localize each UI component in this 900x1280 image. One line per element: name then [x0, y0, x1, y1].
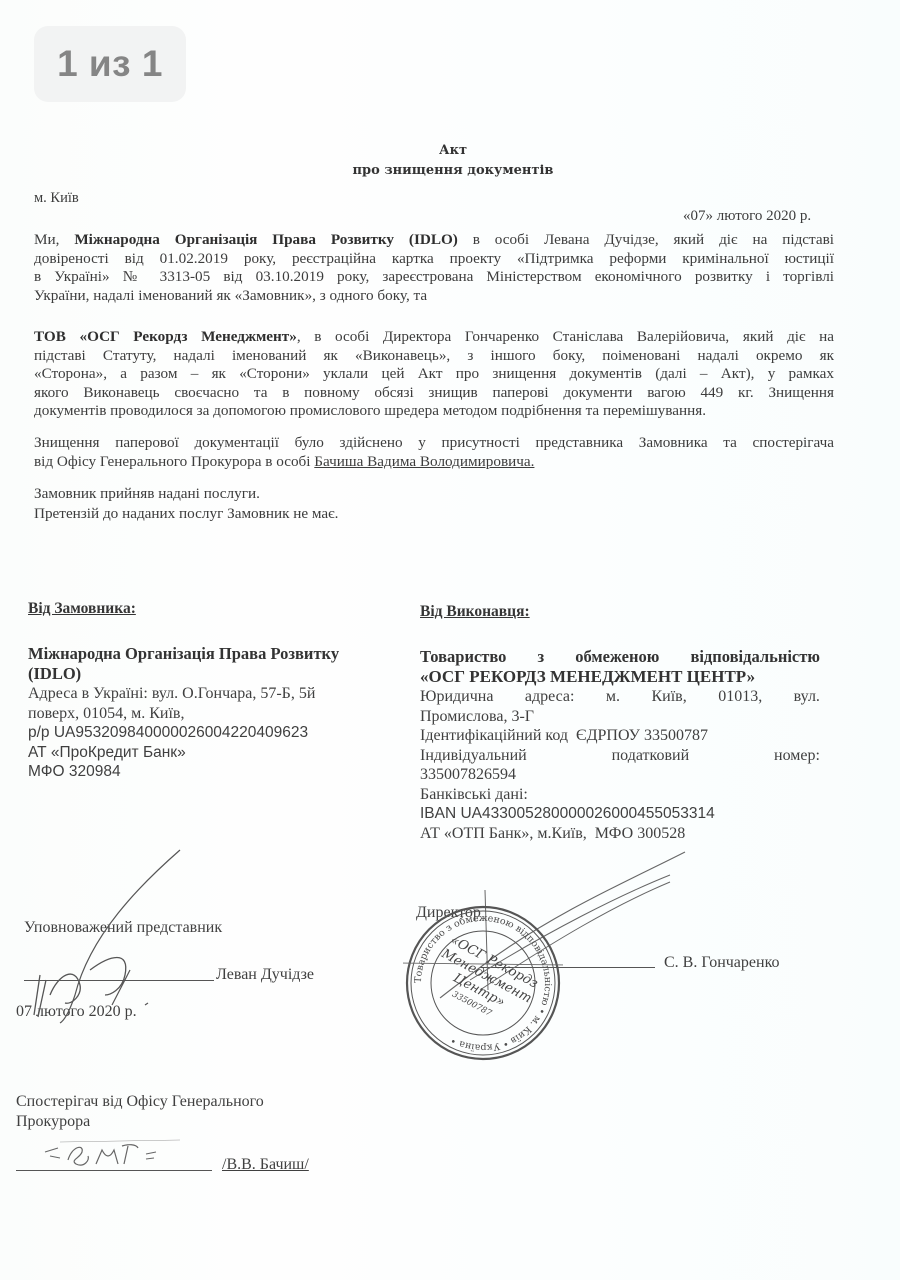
- paragraph-line: в Україні» № 3313-05 від 03.10.2019 року…: [34, 268, 834, 287]
- paragraph-line: ТОВ «ОСГ Рекордз Менеджмент», в особі Ди…: [34, 328, 834, 347]
- customer-address-line1: Адреса в Україні: вул. О.Гончара, 57-Б, …: [28, 684, 388, 704]
- contractor-bank-label: Банківські дані:: [420, 785, 820, 805]
- services-accepted-text: Замовник прийняв надані послуги.: [34, 484, 260, 503]
- customer-signatory-name: Леван Дучідзе: [216, 965, 314, 985]
- customer-handwritten-signature-icon: [20, 845, 200, 1025]
- paragraph-line: Ми, Міжнародна Організація Права Розвитк…: [34, 231, 834, 250]
- document-title: Акт: [3, 143, 900, 158]
- paragraph-parties-contractor: ТОВ «ОСГ Рекордз Менеджмент», в особі Ди…: [34, 328, 834, 421]
- paragraph-parties-customer: Ми, Міжнародна Організація Права Розвитк…: [34, 231, 834, 305]
- paragraph-line: підставі Статуту, надалі іменований як «…: [34, 347, 834, 366]
- contractor-tax-label: Індивідуальнийподатковийномер:: [420, 746, 820, 766]
- document-subtitle: про знищення документів: [3, 163, 900, 178]
- contractor-heading: Від Виконавця:: [420, 603, 820, 621]
- paragraph-destruction-witness: Знищення паперової документації було зді…: [34, 434, 834, 471]
- customer-details-block: Від Замовника: Міжнародна Організація Пр…: [28, 600, 388, 782]
- paragraph-line: якого Виконавець своєчасно та в повному …: [34, 384, 834, 403]
- paragraph-line: Знищення паперової документації було зді…: [34, 434, 834, 453]
- customer-mfo: МФО 320984: [28, 762, 388, 782]
- page-counter-text: 1 из 1: [57, 43, 163, 85]
- paragraph-line: документів проводилося за допомогою пром…: [34, 402, 834, 421]
- contractor-org-type: Товариствозобмеженоювідповідальністю: [420, 647, 820, 667]
- observer-label-line1: Спостерігач від Офісу Генерального: [16, 1092, 264, 1112]
- customer-account: р/р UA953209840000026004220409623: [28, 723, 388, 743]
- customer-org-name: Міжнародна Організація Права Розвитку: [28, 644, 388, 664]
- customer-org-name-inline: Міжнародна Організація Права Розвитку (I…: [74, 231, 457, 248]
- customer-address-line2: поверх, 01054, м. Київ,: [28, 704, 388, 724]
- contractor-edrpou: Ідентифікаційний код ЄДРПОУ 33500787: [420, 726, 820, 746]
- observer-label-line2: Прокурора: [16, 1112, 90, 1132]
- company-stamp-icon: Товариство з обмеженою відповідальністю …: [403, 903, 563, 1063]
- no-claims-text: Претензій до наданих послуг Замовник не …: [34, 504, 338, 523]
- document-page: 1 из 1 Акт про знищення документів м. Ки…: [0, 0, 900, 1280]
- observer-name-underlined: Бачиша Вадима Володимировича.: [314, 453, 534, 470]
- document-city: м. Київ: [34, 189, 79, 208]
- paragraph-line: довіреності від 01.02.2019 року, реєстра…: [34, 250, 834, 269]
- paragraph-line: «Сторона», а разом – як «Сторони» уклали…: [34, 365, 834, 384]
- customer-bank: АТ «ПроКредит Банк»: [28, 743, 388, 763]
- contractor-tax-number: 335007826594: [420, 765, 820, 785]
- contractor-bank: АТ «ОТП Банк», м.Київ, МФО 300528: [420, 824, 820, 844]
- contractor-iban: IBAN UA433005280000026000455053314: [420, 804, 820, 824]
- contractor-details-block: Від Виконавця: Товариствозобмеженоювідпо…: [420, 603, 820, 843]
- contractor-org-name-inline: ТОВ «ОСГ Рекордз Менеджмент»: [34, 328, 297, 345]
- customer-heading: Від Замовника:: [28, 600, 388, 618]
- observer-handwritten-signature-icon: [40, 1138, 190, 1174]
- paragraph-line: України, надалі іменований як «Замовник»…: [34, 287, 834, 306]
- customer-org-abbr: (IDLO): [28, 664, 388, 684]
- observer-signatory-name: /В.В. Бачиш/: [222, 1155, 309, 1175]
- contractor-legal-address-line2: Промислова, 3-Г: [420, 707, 820, 727]
- page-counter-badge: 1 из 1: [34, 26, 186, 102]
- contractor-org-name: «ОСГ РЕКОРДЗ МЕНЕДЖМЕНТ ЦЕНТР»: [420, 667, 820, 687]
- document-date: «07» лютого 2020 р.: [683, 207, 811, 226]
- paragraph-line: від Офісу Генерального Прокурора в особі…: [34, 453, 834, 472]
- contractor-legal-address-line1: Юридичнаадреса:м.Київ,01013,вул.: [420, 687, 820, 707]
